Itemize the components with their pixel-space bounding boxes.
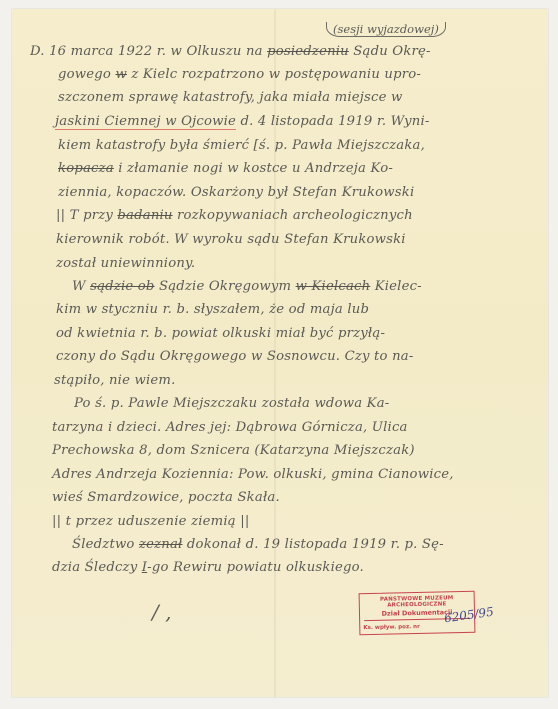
text-line-8: || T przy badaniu rozkopywaniach archeol… xyxy=(56,208,413,224)
text-segment: || T przy xyxy=(56,208,117,223)
text-line-4: jaskini Ciemnej w Ojcowie d. 4 listopada… xyxy=(55,114,430,130)
struck-text: posiedzeniu xyxy=(267,44,349,59)
text-segment: z Kielc rozpatrzono w postępowaniu upro- xyxy=(127,67,421,82)
text-line-13: od kwietnia r. b. powiat olkuski miał by… xyxy=(56,326,385,342)
text-segment: dzia Śledczy xyxy=(52,560,142,575)
text-segment: kierownik robót. W wyroku sądu Stefan Kr… xyxy=(56,232,406,247)
text-segment: Po ś. p. Pawle Miejszczaku została wdowa… xyxy=(74,396,389,411)
red-underlined-text: jaskini Ciemnej w Ojcowie xyxy=(55,114,236,130)
struck-text: badaniu xyxy=(117,208,172,223)
text-segment: stąpiło, nie wiem. xyxy=(54,373,176,388)
text-line-19: Adres Andrzeja Koziennia: Pow. olkuski, … xyxy=(52,467,454,483)
text-segment: || t przez uduszenie ziemią || xyxy=(52,514,250,529)
text-segment: od kwietnia r. b. powiat olkuski miał by… xyxy=(56,326,385,341)
text-line-10: został uniewinniony. xyxy=(56,256,195,272)
struck-text: sądzie ob xyxy=(90,279,154,294)
text-segment: Adres Andrzeja Koziennia: Pow. olkuski, … xyxy=(52,467,454,482)
text-line-7: ziennia, kopaczów. Oskarżony był Stefan … xyxy=(58,185,414,201)
closing-mark: / , xyxy=(152,600,171,624)
text-line-9: kierownik robót. W wyroku sądu Stefan Kr… xyxy=(56,232,406,248)
text-line-16: Po ś. p. Pawle Miejszczaku została wdowa… xyxy=(74,396,389,412)
text-line-12: kim w styczniu r. b. słyszałem, że od ma… xyxy=(56,302,369,318)
text-line-23: dzia Śledczy I-go Rewiru powiatu olkuski… xyxy=(52,560,364,576)
text-segment: rozkopywaniach archeologicznych xyxy=(173,208,413,223)
text-segment: kiem katastrofy była śmierć [ś. p. Pawła… xyxy=(58,138,425,153)
text-segment: został uniewinniony. xyxy=(56,256,195,271)
text-segment: Prechowska 8, dom Sznicera (Katarzyna Mi… xyxy=(52,443,415,458)
text-segment: Sądzie Okręgowym xyxy=(155,279,296,294)
text-segment: gowego xyxy=(58,67,115,82)
text-segment: dokonał d. 19 listopada 1919 r. p. Sę- xyxy=(183,537,444,552)
text-line-2: gowego w z Kielc rozpatrzono w postępowa… xyxy=(58,67,421,83)
text-line-11: W sądzie ob Sądzie Okręgowym w Kielcach … xyxy=(72,279,422,295)
text-segment: Śledztwo xyxy=(72,537,139,552)
text-line-17: tarzyna i dzieci. Adres jej: Dąbrowa Gór… xyxy=(52,420,408,436)
inserted-annotation: (sesji wyjazdowej) xyxy=(326,22,446,37)
text-line-15: stąpiło, nie wiem. xyxy=(54,373,176,389)
struck-text: kopacza xyxy=(58,161,114,176)
text-segment: D. 16 marca 1922 r. w Olkuszu na xyxy=(30,44,267,59)
struck-text: w Kielcach xyxy=(296,279,371,294)
text-segment: d. 4 listopada 1919 r. Wyni- xyxy=(236,114,430,129)
text-line-14: czony do Sądu Okręgowego w Sosnowcu. Czy… xyxy=(56,349,414,365)
text-segment: Kielec- xyxy=(370,279,422,294)
text-segment: W xyxy=(72,279,90,294)
text-line-21: || t przez uduszenie ziemią || xyxy=(52,514,250,530)
text-segment: tarzyna i dzieci. Adres jej: Dąbrowa Gór… xyxy=(52,420,408,435)
text-segment: czony do Sądu Okręgowego w Sosnowcu. Czy… xyxy=(56,349,414,364)
text-line-6: kopacza i złamanie nogi w kostce u Andrz… xyxy=(58,161,393,177)
struck-text: zeznał xyxy=(139,537,183,552)
text-segment: Sądu Okrę- xyxy=(349,44,431,59)
text-line-3: szczonem sprawę katastrofy, jaka miała m… xyxy=(58,90,403,106)
text-line-22: Śledztwo zeznał dokonał d. 19 listopada … xyxy=(72,537,444,553)
text-line-1: D. 16 marca 1922 r. w Olkuszu na posiedz… xyxy=(30,44,431,60)
text-segment: ziennia, kopaczów. Oskarżony był Stefan … xyxy=(58,185,414,200)
struck-text: w xyxy=(115,67,127,82)
text-line-18: Prechowska 8, dom Sznicera (Katarzyna Mi… xyxy=(52,443,415,459)
text-segment: szczonem sprawę katastrofy, jaka miała m… xyxy=(58,90,403,105)
text-segment: i złamanie nogi w kostce u Andrzeja Ko- xyxy=(114,161,393,176)
text-segment: kim w styczniu r. b. słyszałem, że od ma… xyxy=(56,302,369,317)
text-line-5: kiem katastrofy była śmierć [ś. p. Pawła… xyxy=(58,138,425,154)
text-line-20: wieś Smardzowice, poczta Skała. xyxy=(52,490,280,506)
text-segment: -go Rewiru powiatu olkuskiego. xyxy=(147,560,364,575)
text-segment: wieś Smardzowice, poczta Skała. xyxy=(52,490,280,505)
